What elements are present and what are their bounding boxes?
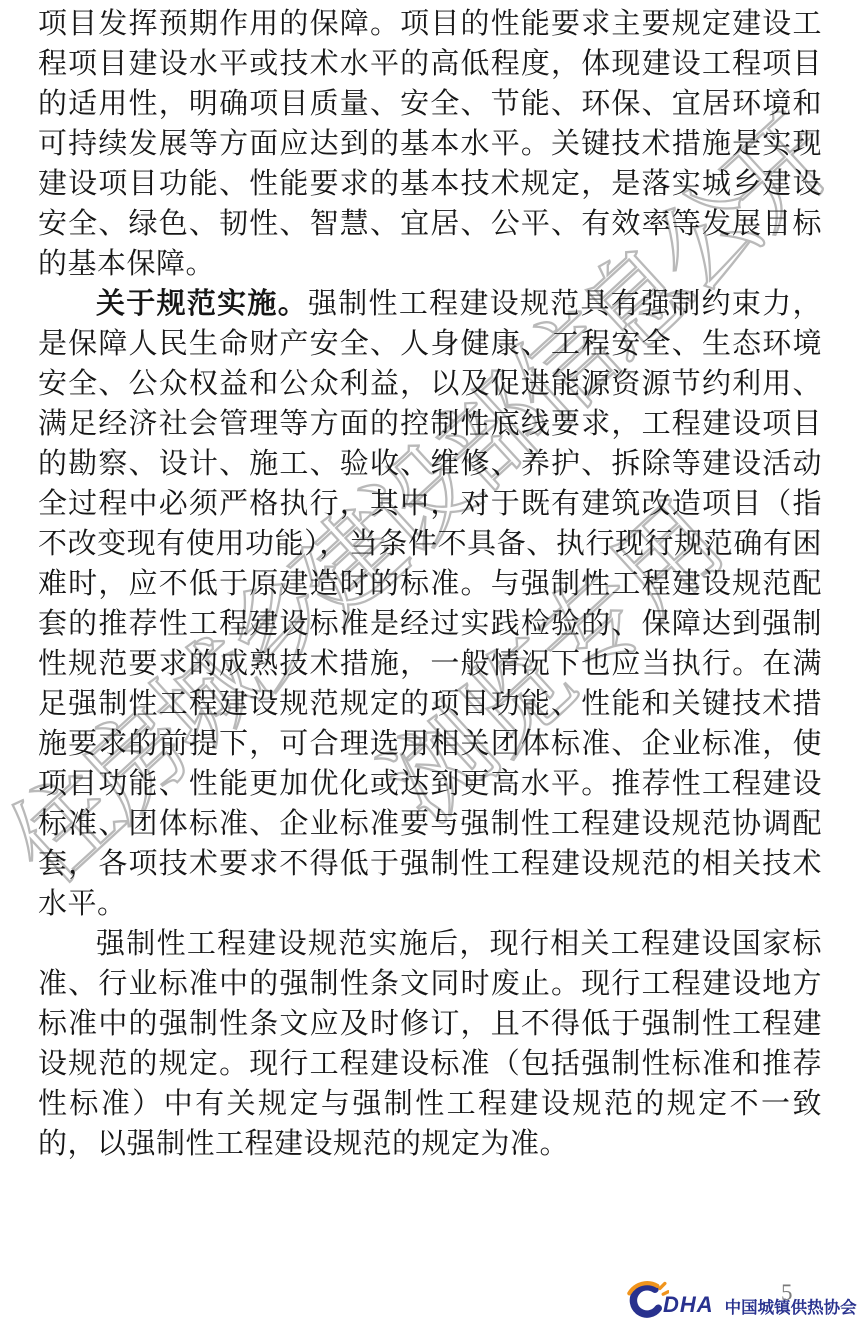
document-page: 住房城乡建设部信息公开 浏览专用 项目发挥预期作用的保障。项目的性能要求主要规定…: [0, 0, 859, 1343]
paragraph-text: 项目发挥预期作用的保障。项目的性能要求主要规定建设工程项目建设水平或技术水平的高…: [38, 8, 822, 280]
cdha-logo-icon: [621, 1278, 669, 1322]
cdha-logo: DHA 中国城镇供热协会: [621, 1278, 857, 1324]
paragraph: 关于规范实施。强制性工程建设规范具有强制约束力，是保障人民生命财产安全、人身健康…: [38, 284, 822, 924]
paragraph: 强制性工程建设规范实施后，现行相关工程建设国家标准、行业标准中的强制性条文同时废…: [38, 924, 822, 1164]
paragraph-text: 强制性工程建设规范实施后，现行相关工程建设国家标准、行业标准中的强制性条文同时废…: [38, 928, 822, 1160]
paragraph-text: 强制性工程建设规范具有强制约束力，是保障人民生命财产安全、人身健康、工程安全、生…: [38, 288, 822, 920]
logo-acronym: DHA: [663, 1292, 714, 1318]
paragraph: 项目发挥预期作用的保障。项目的性能要求主要规定建设工程项目建设水平或技术水平的高…: [38, 4, 822, 284]
paragraph-lead: 关于规范实施。: [96, 288, 308, 320]
body-text: 项目发挥预期作用的保障。项目的性能要求主要规定建设工程项目建设水平或技术水平的高…: [38, 4, 822, 1164]
page-number: 5: [781, 1280, 793, 1306]
